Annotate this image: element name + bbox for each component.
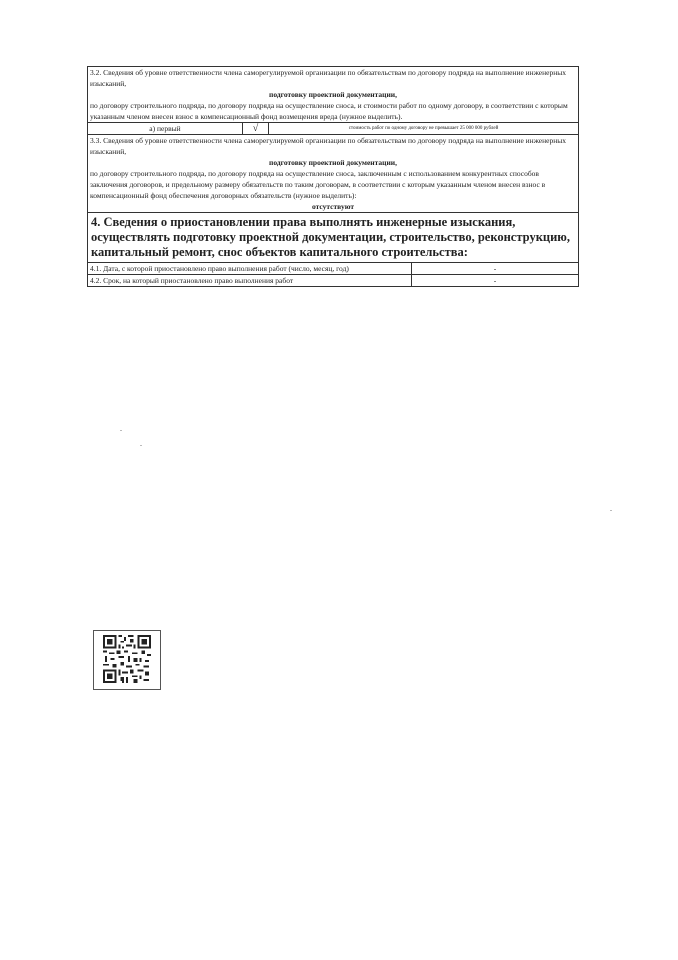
row-4-1-label: 4.1. Дата, с которой приостановлено прав… (88, 263, 412, 275)
section-4-heading-row: 4. Сведения о приостановлении права выпо… (88, 213, 579, 263)
level-description: стоимость работ по одному договору не пр… (269, 123, 579, 135)
scan-speck (610, 510, 612, 511)
row-4-1-value: - (412, 263, 579, 275)
level-label: а) первый (88, 123, 243, 135)
section-4-heading: 4. Сведения о приостановлении права выпо… (88, 213, 579, 263)
section-3-2-bold-line: подготовку проектной документации, (90, 89, 576, 100)
section-3-2-intro: 3.2. Сведения об уровне ответственности … (90, 67, 576, 89)
section-3-3-cell: 3.3. Сведения об уровне ответственности … (88, 135, 579, 213)
section-3-3-row: 3.3. Сведения об уровне ответственности … (88, 135, 579, 213)
section-4-row: 4.1. Дата, с которой приостановлено прав… (88, 263, 579, 275)
section-3-3-intro: 3.3. Сведения об уровне ответственности … (90, 135, 576, 157)
section-3-3-rest: по договору строительного подряда, по до… (90, 168, 576, 201)
section-3-2-rest: по договору строительного подряда, по до… (90, 100, 576, 122)
scan-speck (140, 445, 142, 446)
row-4-2-value: - (412, 275, 579, 287)
row-4-2-label: 4.2. Срок, на который приостановлено пра… (88, 275, 412, 287)
section-3-3-bold-line: подготовку проектной документации, (90, 157, 576, 168)
checkmark-icon: √ (243, 123, 269, 135)
section-3-2-cell: 3.2. Сведения об уровне ответственности … (88, 67, 579, 123)
level-row: а) первый √ стоимость работ по одному до… (88, 123, 579, 135)
info-table: 3.2. Сведения об уровне ответственности … (87, 66, 579, 287)
section-3-2-row: 3.2. Сведения об уровне ответственности … (88, 67, 579, 123)
section-4-row: 4.2. Срок, на который приостановлено пра… (88, 275, 579, 287)
qr-code-icon (93, 630, 161, 690)
document-table-block: 3.2. Сведения об уровне ответственности … (87, 66, 579, 287)
scan-speck (120, 430, 122, 431)
section-3-3-value: отсутствуют (90, 201, 576, 212)
